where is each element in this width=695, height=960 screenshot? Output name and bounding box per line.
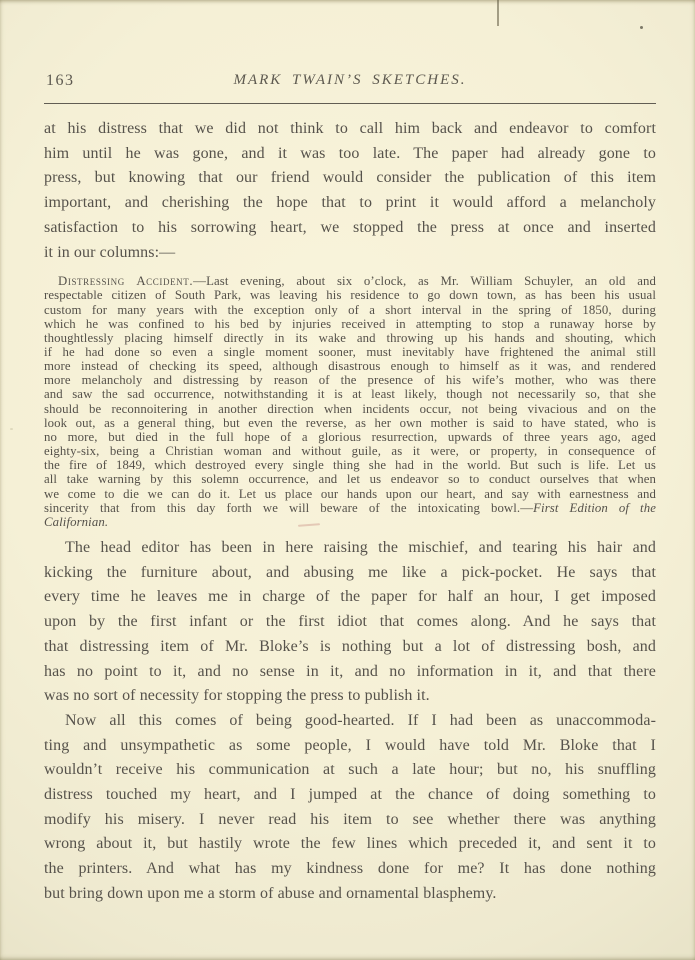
scanned-book-page: { "colors": { "paper": "#f5f0d6", "ink":… <box>0 0 695 960</box>
text-segment: —Last evening, about six o’clock, as Mr.… <box>193 274 656 288</box>
text-line: important, and cherishing the hope that … <box>44 191 656 216</box>
text-line: wrong about it, but hastily wrote the fe… <box>44 832 656 857</box>
text-line: press, but knowing that our friend would… <box>44 166 656 191</box>
text-segment: every time he leaves me in charge of the… <box>44 588 656 605</box>
text-line: custom for many years with the exception… <box>44 303 656 317</box>
text-line: modify his misery. I never read his item… <box>44 808 656 833</box>
text-segment: was no sort of necessity for stopping th… <box>44 687 430 704</box>
text-segment: no more, but died in the full hope of a … <box>44 430 656 444</box>
text-line: more instead of checking its speed, alth… <box>44 359 656 373</box>
text-segment: that distressing item of Mr. Bloke’s is … <box>44 638 656 655</box>
text-line: thoughtlessly placing himself directly i… <box>44 331 656 345</box>
text-line: it in our columns:— <box>44 241 656 266</box>
text-segment: respectable citizen of South Park, was l… <box>44 288 656 302</box>
text-segment: wrong about it, but hastily wrote the fe… <box>44 835 656 852</box>
text-segment: all take warning by this solemn occurren… <box>44 472 656 486</box>
text-line: ting and unsympathetic as some people, I… <box>44 734 656 759</box>
text-segment: thoughtlessly placing himself directly i… <box>44 331 656 345</box>
text-line: the printers. And what has my kindness d… <box>44 857 656 882</box>
text-segment: upon by the first infant or the first id… <box>44 613 656 630</box>
text-segment: we come to die we can do it. Let us plac… <box>44 487 656 501</box>
paragraph-head-editor: The head editor has been in here raising… <box>44 536 656 709</box>
text-segment: the fire of 1849, which destroyed every … <box>44 458 656 472</box>
scan-speck <box>640 26 643 29</box>
text-line: no more, but died in the full hope of a … <box>44 430 656 444</box>
text-segment: which he was confined to his bed by inju… <box>44 317 656 331</box>
text-segment: modify his misery. I never read his item… <box>44 811 656 828</box>
text-line: sincerity that from this day forth we wi… <box>44 501 656 515</box>
text-segment: if he had done so even a single moment s… <box>44 345 656 359</box>
header-rule <box>44 103 656 104</box>
text-segment: at his distress that we did not think to… <box>44 120 656 137</box>
italic-text: First Edition of the <box>533 501 656 515</box>
text-segment: important, and cherishing the hope that … <box>44 194 656 211</box>
text-line: eighty-six, being a Christian woman and … <box>44 444 656 458</box>
text-line: kicking the furniture about, and abusing… <box>44 561 656 586</box>
text-line: Now all this comes of being good-hearted… <box>44 709 656 734</box>
text-line: has no point to it, and no sense in it, … <box>44 660 656 685</box>
text-segment: distress touched my heart, and I jumped … <box>44 786 656 803</box>
text-line: all take warning by this solemn occurren… <box>44 472 656 486</box>
text-segment: The head editor has been in here raising… <box>65 539 656 556</box>
text-line: The head editor has been in here raising… <box>44 536 656 561</box>
text-segment: but bring down upon me a storm of abuse … <box>44 885 496 902</box>
text-line: upon by the first infant or the first id… <box>44 610 656 635</box>
text-line: respectable citizen of South Park, was l… <box>44 288 656 302</box>
text-line: which he was confined to his bed by inju… <box>44 317 656 331</box>
blockquote-distressing-accident: Distressing Accident.—Last evening, abou… <box>44 274 656 529</box>
text-line: him until he was gone, and it was too la… <box>44 142 656 167</box>
text-segment: it in our columns:— <box>44 244 175 261</box>
running-head: MARK TWAIN’S SKETCHES. <box>44 72 656 89</box>
text-line: distress touched my heart, and I jumped … <box>44 783 656 808</box>
text-line: wouldn’t receive his communication at su… <box>44 758 656 783</box>
text-segment: has no point to it, and no sense in it, … <box>44 663 656 680</box>
paragraph-continuation: at his distress that we did not think to… <box>44 117 656 265</box>
text-line: was no sort of necessity for stopping th… <box>44 684 656 709</box>
text-segment: look out, as a general thing, but even t… <box>44 416 656 430</box>
text-line: Distressing Accident.—Last evening, abou… <box>44 274 656 288</box>
scan-scratch <box>497 0 499 26</box>
page-header: 163 MARK TWAIN’S SKETCHES. <box>44 0 656 92</box>
text-line: more melancholy and distressing by reaso… <box>44 373 656 387</box>
text-segment: and saw the sad occurrence, notwithstand… <box>44 387 656 401</box>
text-segment: him until he was gone, and it was too la… <box>44 145 656 162</box>
scan-speck <box>10 428 13 430</box>
text-line: Californian. <box>44 515 656 529</box>
text-segment: eighty-six, being a Christian woman and … <box>44 444 656 458</box>
page-number: 163 <box>46 72 75 90</box>
text-segment: the printers. And what has my kindness d… <box>44 860 656 877</box>
text-segment: more melancholy and distressing by reaso… <box>44 373 656 387</box>
text-line: we come to die we can do it. Let us plac… <box>44 487 656 501</box>
text-line: the fire of 1849, which destroyed every … <box>44 458 656 472</box>
small-caps-text: Distressing Accident. <box>58 274 193 288</box>
text-line: look out, as a general thing, but even t… <box>44 416 656 430</box>
text-segment: more instead of checking its speed, alth… <box>44 359 656 373</box>
text-line: every time he leaves me in charge of the… <box>44 585 656 610</box>
text-line: should be reconnoitering in another dire… <box>44 402 656 416</box>
text-segment: should be reconnoitering in another dire… <box>44 402 656 416</box>
paragraph-good-hearted: Now all this comes of being good-hearted… <box>44 709 656 907</box>
text-segment: ting and unsympathetic as some people, I… <box>44 737 656 754</box>
text-segment: kicking the furniture about, and abusing… <box>44 564 656 581</box>
text-segment: custom for many years with the exception… <box>44 303 656 317</box>
italic-text: Californian. <box>44 515 108 529</box>
text-segment: wouldn’t receive his communication at su… <box>44 761 656 778</box>
page: 163 MARK TWAIN’S SKETCHES. at his distre… <box>0 0 695 960</box>
text-segment: press, but knowing that our friend would… <box>44 169 656 186</box>
text-line: but bring down upon me a storm of abuse … <box>44 882 656 907</box>
text-line: satisfaction to his sorrowing heart, we … <box>44 216 656 241</box>
text-line: if he had done so even a single moment s… <box>44 345 656 359</box>
text-segment: sincerity that from this day forth we wi… <box>44 501 533 515</box>
text-line: that distressing item of Mr. Bloke’s is … <box>44 635 656 660</box>
text-line: and saw the sad occurrence, notwithstand… <box>44 387 656 401</box>
text-segment: satisfaction to his sorrowing heart, we … <box>44 219 656 236</box>
text-line: at his distress that we did not think to… <box>44 117 656 142</box>
text-segment: Now all this comes of being good-hearted… <box>65 712 656 729</box>
